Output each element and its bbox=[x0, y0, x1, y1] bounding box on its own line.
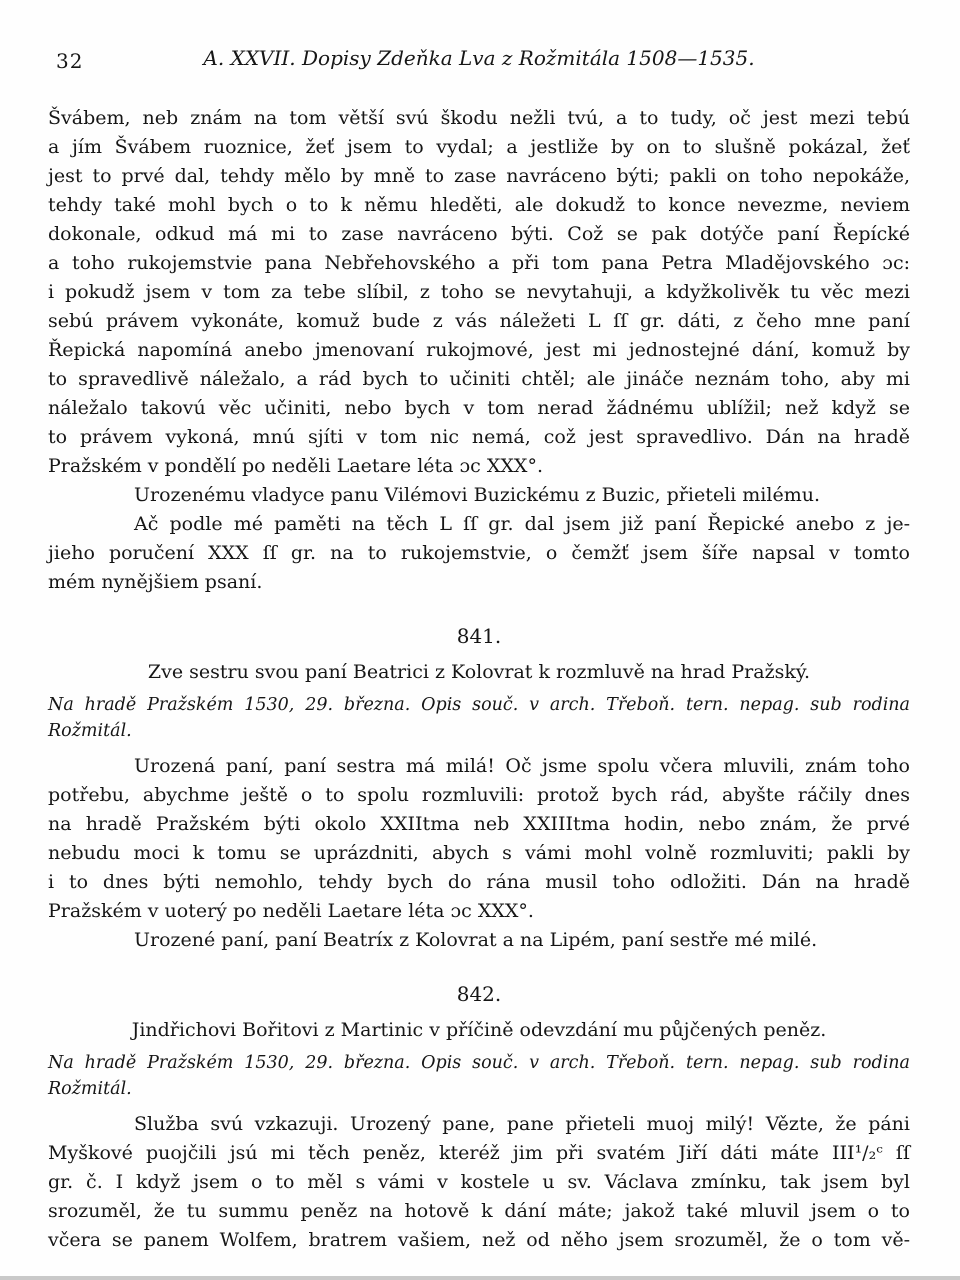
text-line: Švábem, neb znám na tom větší svú škodu … bbox=[48, 104, 910, 133]
text-line: na hradě Pražském býti okolo XXIItma neb… bbox=[48, 810, 910, 839]
running-title: A. XXVII. Dopisy Zdeňka Lva z Rožmitála … bbox=[48, 46, 910, 70]
text-line: Pražském v uoterý po neděli Laetare léta… bbox=[48, 897, 910, 926]
letter-840-body-continuation: Švábem, neb znám na tom větší svú škodu … bbox=[48, 104, 910, 481]
text-line: gr. č. I když jsem o to měl s vámi v kos… bbox=[48, 1168, 910, 1197]
letter-summary: Jindřichovi Bořitovi z Martinic v příčin… bbox=[48, 1016, 910, 1044]
letter-body: Služba svú vzkazuji. Urozený pane, pane … bbox=[48, 1110, 910, 1255]
text-line: Urozená paní, paní sestra má milá! Oč js… bbox=[48, 752, 910, 781]
text-line: nebudu moci k tomu se uprázdniti, abych … bbox=[48, 839, 910, 868]
text-line: mém nynějšiem psaní. bbox=[48, 568, 910, 597]
text-line: i to dnes býti nemohlo, tehdy bych do rá… bbox=[48, 868, 910, 897]
text-line: Služba svú vzkazuji. Urozený pane, pane … bbox=[48, 1110, 910, 1139]
letter-source-note: Na hradě Pražském 1530, 29. března. Opis… bbox=[48, 692, 910, 744]
text-line: tehdy také mohl bych o to k němu hleděti… bbox=[48, 191, 910, 220]
letter-body: Urozená paní, paní sestra má milá! Oč js… bbox=[48, 752, 910, 926]
letter-number: 841. bbox=[48, 622, 910, 650]
text-line: jest to prvé dal, tehdy mělo by mně to z… bbox=[48, 162, 910, 191]
text-line: srozuměl, že tu summu peněz na hotově k … bbox=[48, 1197, 910, 1226]
letter-840-address: Urozenému vladyce panu Vilémovi Buzickém… bbox=[48, 481, 910, 510]
page-number: 32 bbox=[56, 49, 83, 73]
page-header: 32 A. XXVII. Dopisy Zdeňka Lva z Rožmitá… bbox=[48, 46, 910, 76]
letter-number: 842. bbox=[48, 980, 910, 1008]
letter-summary: Zve sestru svou paní Beatrici z Kolovrat… bbox=[48, 658, 910, 686]
letter-address: Urozené paní, paní Beatríx z Kolovrat a … bbox=[48, 926, 910, 955]
text-line: náležalo takovú věc učiniti, nebo bych v… bbox=[48, 394, 910, 423]
text-line: Myškové puojčili jsú mi těch peněz, kter… bbox=[48, 1139, 910, 1168]
letter-842: 842. Jindřichovi Bořitovi z Martinic v p… bbox=[48, 980, 910, 1255]
text-line: dokonale, odkud má mi to zase navráceno … bbox=[48, 220, 910, 249]
text-line: to právem vykoná, mnú sjíti v tom nic ne… bbox=[48, 423, 910, 452]
letter-source-note: Na hradě Pražském 1530, 29. března. Opis… bbox=[48, 1050, 910, 1102]
text-line: i pokudž jsem v tom za tebe slíbil, z to… bbox=[48, 278, 910, 307]
text-line: a jím Švábem ruoznice, žeť jsem to vydal… bbox=[48, 133, 910, 162]
text-line: potřebu, abychme ještě o to spolu rozmlu… bbox=[48, 781, 910, 810]
text-line: jieho poručení XXX ſſ gr. na to rukojems… bbox=[48, 539, 910, 568]
text-line: to spravedlivě náležalo, a rád bych to u… bbox=[48, 365, 910, 394]
text-line: včera se panem Wolfem, bratrem vašiem, n… bbox=[48, 1226, 910, 1255]
text-line: Pražském v pondělí po neděli Laetare lét… bbox=[48, 452, 910, 481]
text-line: Řepická napomíná anebo jmenovaní rukojmo… bbox=[48, 336, 910, 365]
book-page: 32 A. XXVII. Dopisy Zdeňka Lva z Rožmitá… bbox=[0, 0, 960, 1280]
letter-841: 841. Zve sestru svou paní Beatrici z Kol… bbox=[48, 622, 910, 955]
letter-840-postscript: Ač podle mé paměti na těch L ſſ gr. dal … bbox=[48, 510, 910, 597]
scan-edge bbox=[0, 1276, 960, 1280]
text-line: sebú právem vykonáte, komuž bude z vás n… bbox=[48, 307, 910, 336]
text-line: a toho rukojemstvie pana Nebřehovského a… bbox=[48, 249, 910, 278]
text-line: Ač podle mé paměti na těch L ſſ gr. dal … bbox=[48, 510, 910, 539]
